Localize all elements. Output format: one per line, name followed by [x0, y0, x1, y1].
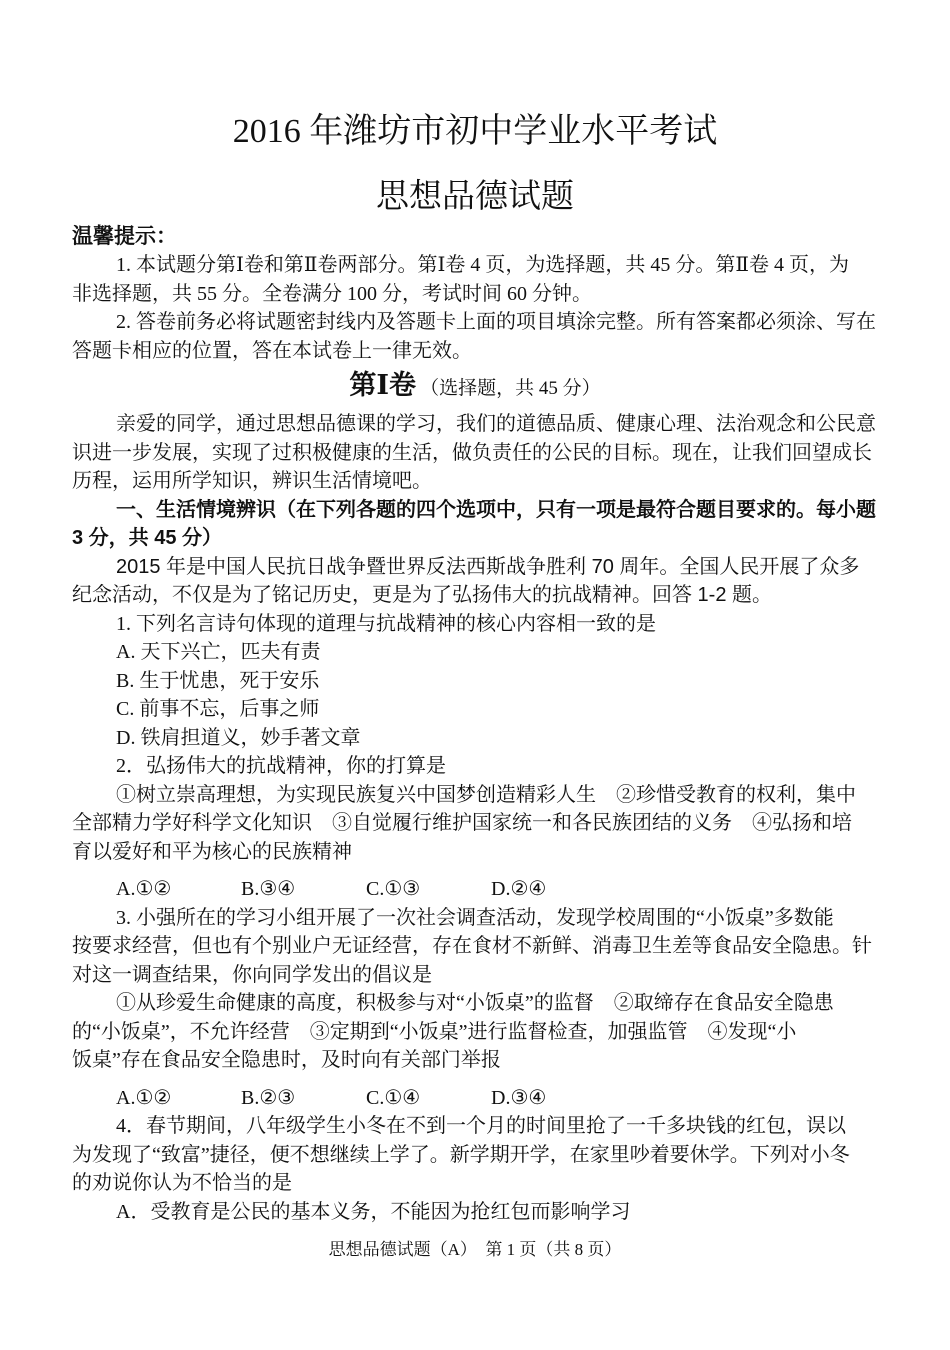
q2-stem: 2．弘扬伟大的抗战精神，你的打算是: [72, 752, 878, 781]
q1-stem: 1. 下列名言诗句体现的道理与抗战精神的核心内容相一致的是: [72, 610, 878, 639]
q1-2-lead-line-1: 2015 年是中国人民抗日战争暨世界反法西斯战争胜利 70 周年。全国人民开展了…: [72, 553, 878, 582]
q1-option-b: B. 生于忧患，死于安乐: [72, 667, 878, 696]
q2-choice-b: B.③④: [241, 875, 361, 904]
q3-items-line-2: 的“小饭桌”，不允许经营 ③定期到“小饭桌”进行监督检查，加强监管 ④发现“小: [72, 1018, 878, 1047]
page-title: 2016 年潍坊市初中学业水平考试: [72, 113, 878, 151]
part1-heading-title: 第Ⅰ卷: [349, 370, 416, 400]
q2-items-line-3: 育以爱好和平为核心的民族精神: [72, 838, 878, 867]
q3-choice-d: D.③④: [491, 1084, 546, 1113]
section1-heading-line-2: 3 分，共 45 分）: [72, 524, 878, 553]
q3-choice-b: B.②③: [241, 1084, 361, 1113]
q2-choice-c: C.①③: [366, 875, 486, 904]
q4-stem-line-3: 的劝说你认为不恰当的是: [72, 1169, 878, 1198]
q3-stem-line-2: 按要求经营，但也有个别业户无证经营，存在食材不新鲜、消毒卫生差等食品安全隐患。针: [72, 932, 878, 961]
q3-items-line-1: ①从珍爱生命健康的高度，积极参与对“小饭桌”的监督 ②取缔存在食品安全隐患: [72, 989, 878, 1018]
q1-option-a: A. 天下兴亡，匹夫有责: [72, 638, 878, 667]
q2-items-line-1: ①树立崇高理想，为实现民族复兴中国梦创造精彩人生 ②珍惜受教育的权利，集中: [72, 781, 878, 810]
part1-heading: 第Ⅰ卷 （选择题，共 45 分）: [72, 365, 878, 410]
q4-option-a: A．受教育是公民的基本义务，不能因为抢红包而影响学习: [72, 1198, 878, 1227]
notice-heading: 温馨提示：: [72, 223, 878, 251]
notice-item-2-line-1: 2. 答卷前务必将试题密封线内及答题卡上面的项目填涂完整。所有答案都必须涂、写在: [72, 308, 878, 337]
part1-intro-line-2: 识进一步发展，实现了过积极健康的生活，做负责任的公民的目标。现在，让我们回望成长: [72, 439, 878, 468]
q2-items-line-2: 全部精力学好科学文化知识 ③自觉履行维护国家统一和各民族团结的义务 ④弘扬和培: [72, 809, 878, 838]
q2-choice-d: D.②④: [491, 875, 546, 904]
page-footer: 思想品德试题（A） 第 1 页（共 8 页）: [72, 1236, 878, 1264]
q3-items-line-3: 饭桌”存在食品安全隐患时，及时向有关部门举报: [72, 1046, 878, 1075]
q1-option-c: C. 前事不忘，后事之师: [72, 695, 878, 724]
page-subtitle: 思想品德试题: [72, 179, 878, 215]
exam-paper-page: 2016 年潍坊市初中学业水平考试 思想品德试题 温馨提示： 1. 本试题分第Ⅰ…: [0, 0, 950, 1350]
q1-2-lead-line-2: 纪念活动，不仅是为了铭记历史，更是为了弘扬伟大的抗战精神。回答 1-2 题。: [72, 581, 878, 610]
part1-heading-note: （选择题，共 45 分）: [420, 378, 601, 399]
section1-heading-line-1: 一、生活情境辨识（在下列各题的四个选项中，只有一项是最符合题目要求的。每小题: [72, 496, 878, 525]
q2-choice-a: A.①②: [116, 875, 236, 904]
part1-intro-line-3: 历程，运用所学知识，辨识生活情境吧。: [72, 467, 878, 496]
q3-answer-choices: A.①② B.②③ C.①④ D.③④: [72, 1084, 878, 1113]
notice-item-2-line-2: 答题卡相应的位置，答在本试卷上一律无效。: [72, 337, 878, 366]
q3-choice-c: C.①④: [366, 1084, 486, 1113]
q3-choice-a: A.①②: [116, 1084, 236, 1113]
q4-stem-line-1: 4．春节期间，八年级学生小冬在不到一个月的时间里抢了一千多块钱的红包，误以: [72, 1112, 878, 1141]
notice-item-1-line-1: 1. 本试题分第Ⅰ卷和第Ⅱ卷两部分。第Ⅰ卷 4 页，为选择题，共 45 分。第Ⅱ…: [72, 251, 878, 280]
part1-intro-line-1: 亲爱的同学，通过思想品德课的学习，我们的道德品质、健康心理、法治观念和公民意: [72, 410, 878, 439]
notice-item-1-line-2: 非选择题，共 55 分。全卷满分 100 分，考试时间 60 分钟。: [72, 280, 878, 309]
q1-option-d: D. 铁肩担道义，妙手著文章: [72, 724, 878, 753]
q2-answer-choices: A.①② B.③④ C.①③ D.②④: [72, 875, 878, 904]
q3-stem-line-1: 3. 小强所在的学习小组开展了一次社会调查活动，发现学校周围的“小饭桌”多数能: [72, 904, 878, 933]
q3-stem-line-3: 对这一调查结果，你向同学发出的倡议是: [72, 961, 878, 990]
q4-stem-line-2: 为发现了“致富”捷径，便不想继续上学了。新学期开学，在家里吵着要休学。下列对小冬: [72, 1141, 878, 1170]
